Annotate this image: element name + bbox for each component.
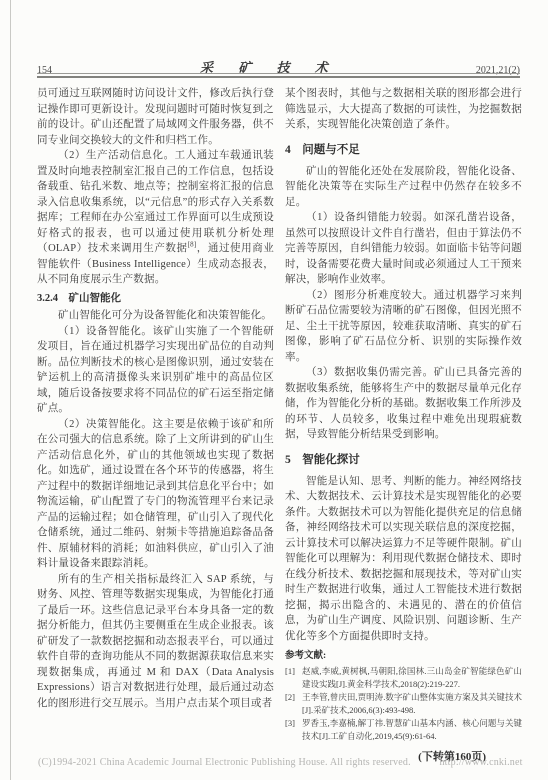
scan-edge-line: [10, 0, 11, 780]
reference-text: 王李管,曾庆田,贾明涛.数字矿山整体实施方案及其关键技术[J].采矿技术,200…: [302, 691, 522, 717]
reference-item: [3] 罗香玉,李嘉楠,解丁祎.智慧矿山基本内涵、核心问题与关键技术[J].工矿…: [285, 717, 522, 743]
copyright-text: (C)1994-2021 China Academic Journal Elec…: [38, 757, 411, 768]
reference-item: [1] 赵威,李威,黄树枫,马朝阳,徐国林.三山岛金矿智能绿色矿山建设实践[J]…: [285, 665, 522, 691]
reference-text: 罗香玉,李嘉楠,解丁祎.智慧矿山基本内涵、核心问题与关键技术[J].工矿自动化,…: [302, 717, 522, 743]
paragraph: （1）设备智能化。该矿山实施了一个智能研发项目，旨在通过机器学习实现出矿品位的自…: [37, 324, 274, 417]
scanned-journal-page: { "header": { "page_number": "154", "jou…: [0, 0, 548, 780]
paragraph: （2）生产活动信息化。工人通过车载通讯装置及时向地表控制室汇报自己的工作信息，包…: [37, 148, 274, 288]
reference-label: [2]: [285, 691, 302, 717]
references-heading: 参考文献:: [285, 650, 522, 663]
reference-label: [3]: [285, 717, 302, 743]
article-body: 员可通过互联网随时访问设计文件，修改后执行登记操作即可更新设计。发现问题时可随时…: [37, 86, 521, 764]
paragraph: 某个图表时，其他与之数据相关联的图形都会进行筛选显示，大大提高了数据的可读性，为…: [285, 86, 522, 133]
paragraph: （2）图形分析难度较大。通过机器学习来判断矿石品位需要较为清晰的矿石图像，但因光…: [285, 288, 522, 366]
paragraph: 所有的生产相关指标最终汇入 SAP 系统，与财务、风控、管理等数据实现集成，为智…: [37, 572, 274, 712]
page-footer: (C)1994-2021 China Academic Journal Elec…: [38, 757, 526, 768]
paragraph: 矿山的智能化还处在发展阶段，智能化设备、智能化决策等在实际生产过程中仍然存在较多…: [285, 164, 522, 211]
paragraph: 员可通过互联网随时访问设计文件，修改后执行登记操作即可更新设计。发现问题时可随时…: [37, 86, 274, 148]
paragraph: （2）决策智能化。这主要是依赖于该矿和所在公司强大的信息系统。除了上文所讲到的矿…: [37, 417, 274, 572]
reference-text: 赵威,李威,黄树枫,马朝阳,徐国林.三山岛金矿智能绿色矿山建设实践[J].黄金科…: [302, 665, 522, 691]
paragraph: （1）设备纠错能力较弱。如深孔凿岩设备，虽然可以按照设计文件自行凿岩，但由于算法…: [285, 210, 522, 288]
paragraph: 智能是认知、思考、判断的能力。神经网络技术、大数据技术、云计算技术是实现智能化的…: [285, 474, 522, 645]
paragraph-text: （2）生产活动信息化。工人通过车载通讯装置及时向地表控制室汇报自己的工作信息，包…: [37, 150, 274, 254]
section-heading-3-2-4: 3.2.4 矿山智能化: [37, 291, 274, 307]
left-column: 员可通过互联网随时访问设计文件，修改后执行登记操作即可更新设计。发现问题时可随时…: [37, 86, 274, 764]
footer-url: http://www.cnki.net: [439, 757, 522, 768]
right-column: 某个图表时，其他与之数据相关联的图形都会进行筛选显示，大大提高了数据的可读性，为…: [285, 86, 522, 764]
reference-item: [2] 王李管,曾庆田,贾明涛.数字矿山整体实施方案及其关键技术[J].采矿技术…: [285, 691, 522, 717]
header-rule: [37, 73, 520, 78]
paragraph: 矿山智能化可分为设备智能化和决策智能化。: [37, 308, 274, 324]
section-heading-4: 4 问题与不足: [285, 142, 522, 158]
paragraph: （3）数据收集仍需完善。矿山已具备完善的数据收集系统，能够将生产中的数据尽量单元…: [285, 365, 522, 443]
section-heading-5: 5 智能化探讨: [285, 452, 522, 468]
reference-label: [1]: [285, 665, 302, 691]
